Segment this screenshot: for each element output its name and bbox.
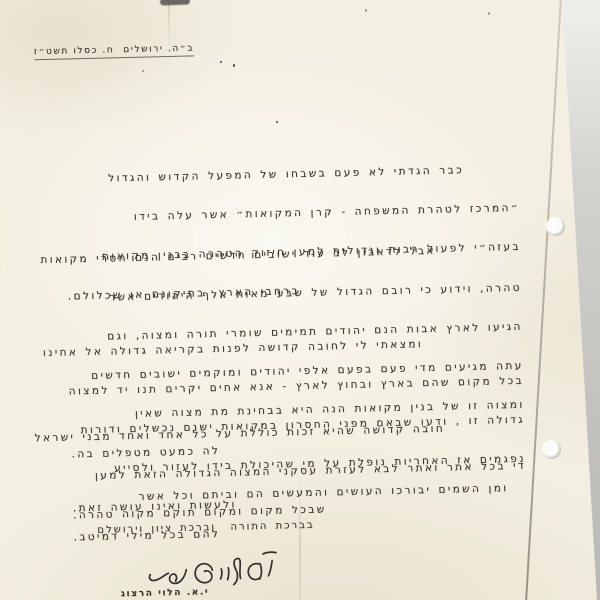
typed-signature-name: י.א. הלוי הרצוג [121,587,209,599]
text-line: אבל לדאבון לב עוד ישובים חדשים רבים הנם … [67,242,521,268]
text-line: חובה קדושה שהיא זכות כוללת על כל אחד ואח… [71,420,525,446]
text-line: ומן השמים יבורכו העושים והמעשים הם וביתם… [72,481,526,507]
text-line: כבר הגדתי לא פעם בשבחו של המפעל הקדוש וה… [65,162,519,188]
text-line: ומצאתי לי לחובה קדושה לפנות בקריאה גדולה… [69,335,523,361]
letter-text-layer: ב״ה. ירושלים ח. כסלו תשט״ז כבר הגדתי לא … [0,0,600,600]
text-line: בכל מקום שהם בארץ ובחוץ לארץ - אנא אחים … [70,374,524,400]
text-line: טהרה, וידוע כי רובם הגדול של שבע מאות אל… [68,281,522,307]
scanned-letter: ב״ה. ירושלים ח. כסלו תשט״ז כבר הגדתי לא … [0,0,600,600]
date-line: ב״ה. ירושלים ח. כסלו תשט״ז [34,43,194,60]
